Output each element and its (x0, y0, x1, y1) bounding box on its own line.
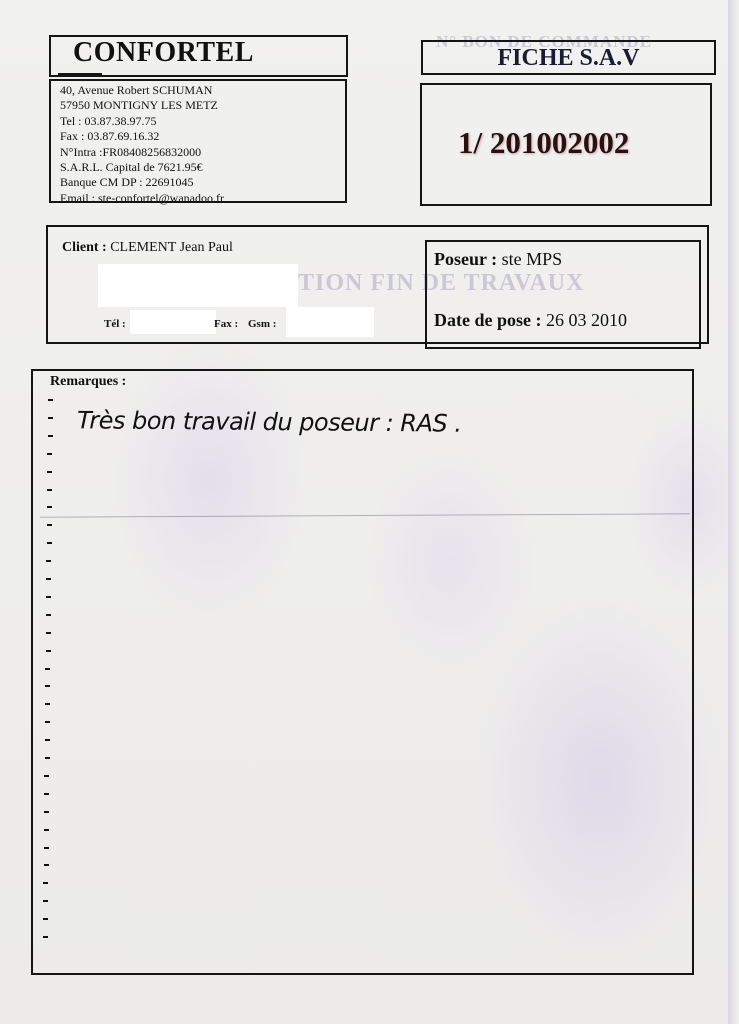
address-city: 57950 MONTIGNY LES METZ (60, 98, 224, 113)
tel-label: Tél : (104, 318, 126, 330)
bullet-dash (44, 775, 49, 777)
bullet-dash (45, 685, 50, 687)
logo-underline (58, 73, 102, 77)
handwritten-remark: Très bon travail du poseur : RAS . (77, 406, 462, 437)
remarks-box: Remarques : (31, 369, 694, 975)
bullet-dash (47, 506, 52, 508)
bullet-dash (45, 721, 50, 723)
redacted-tel (130, 310, 216, 334)
bullet-dash (45, 668, 50, 670)
document-title-box: FICHE S.A.V (421, 40, 716, 75)
company-address: 40, Avenue Robert SCHUMAN 57950 MONTIGNY… (60, 83, 224, 206)
bullet-dash (48, 399, 53, 401)
bullet-dash (43, 882, 48, 884)
bullet-dash (45, 757, 50, 759)
company-address-box: 40, Avenue Robert SCHUMAN 57950 MONTIGNY… (49, 79, 347, 203)
company-email: Email : ste-confortel@wanadoo.fr (60, 191, 224, 206)
bullet-dash (46, 596, 51, 598)
remarks-label: Remarques : (50, 374, 126, 390)
company-capital: S.A.R.L. Capital de 7621.95€ (60, 160, 224, 175)
date-pose-value: 26 03 2010 (546, 310, 627, 330)
bullet-dash (46, 650, 51, 652)
bullet-dash (45, 703, 50, 705)
bullet-dash (47, 524, 52, 526)
bullet-dash (44, 847, 49, 849)
bullet-dash (47, 542, 52, 544)
fax-label: Fax : (214, 318, 238, 330)
bullet-dash (44, 864, 49, 866)
client-name: CLEMENT Jean Paul (110, 240, 233, 255)
date-pose-line: Date de pose : 26 03 2010 (434, 310, 627, 331)
client-label: Client : (62, 240, 107, 255)
bullet-dash (46, 560, 51, 562)
bullet-dash (48, 435, 53, 437)
poseur-label: Poseur : (434, 249, 497, 269)
bullet-dash (43, 918, 48, 920)
company-tel: Tel : 03.87.38.97.75 (60, 114, 224, 129)
bullet-dash (46, 632, 51, 634)
bullet-dash (43, 936, 48, 938)
bullet-dash (44, 811, 49, 813)
client-line: Client : CLEMENT Jean Paul (62, 240, 233, 256)
bullet-dash (46, 614, 51, 616)
bullet-dash (47, 453, 52, 455)
bullet-dash (45, 739, 50, 741)
company-fax: Fax : 03.87.69.16.32 (60, 129, 224, 144)
order-number: 1/ 201002002 (458, 125, 629, 161)
redacted-address (98, 264, 298, 307)
redacted-gsm (286, 307, 374, 337)
bullet-dash (47, 471, 52, 473)
bullet-dash (48, 417, 53, 419)
company-bank: Banque CM DP : 22691045 (60, 175, 224, 190)
document-title: FICHE S.A.V (423, 45, 714, 72)
company-vat: N°Intra :FR08408256832000 (60, 145, 224, 160)
bullet-dash (43, 900, 48, 902)
poseur-box: Poseur : ste MPS Date de pose : 26 03 20… (425, 240, 701, 349)
bullet-dash (47, 489, 52, 491)
company-name-box: CONFORTEL (49, 35, 348, 77)
paper-edge (728, 0, 739, 1024)
poseur-line: Poseur : ste MPS (434, 249, 562, 270)
gsm-label: Gsm : (248, 318, 276, 330)
poseur-value: ste MPS (502, 249, 563, 269)
order-number-box: 1/ 201002002 (420, 83, 712, 206)
company-name: CONFORTEL (73, 37, 254, 69)
bullet-dash (44, 829, 49, 831)
date-pose-label: Date de pose : (434, 310, 541, 330)
bullet-dash (44, 793, 49, 795)
address-street: 40, Avenue Robert SCHUMAN (60, 83, 224, 98)
bullet-dash (46, 578, 51, 580)
